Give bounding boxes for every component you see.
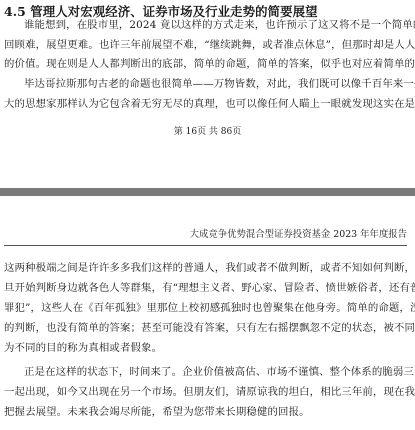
section-heading: 4.5 管理人对宏观经济、证券市场及行业走势的简要展望 (4, 2, 318, 20)
document-page-17: 大成竞争优势混合型证券投资基金 2023 年年度报告 这两种极端之间是许许多多我… (0, 196, 415, 430)
paragraph-line: 旦开始判断身边就各色人等群集，有“理想主义者、野心家、冒险者、愤世嫉俗者，还有普… (4, 282, 410, 295)
paragraph-line: 的判断，也没有简单的答案；甚至可能没有答案，只有左右摇摆飘忽不定的状态，被不同的… (4, 322, 410, 335)
paragraph-line: 毕达哥拉斯那句古老的命题也很简单——万物皆数，对此，我们既可以像千百年来一些最伟 (24, 78, 415, 91)
document-page-16: 4.5 管理人对宏观经济、证券市场及行业走势的简要展望 谁能想到，在股市里，20… (0, 0, 415, 188)
paragraph-line: 一起出现，如今又出现在另一个市场。但朋友们，请原谅我的坦白，相比三年前，现在我更… (4, 386, 410, 399)
paragraph-line: 正是在这样的状态下，时间来了。企业价值被高估、市场不谨慎、整个体系的脆弱三年前曾 (24, 366, 415, 379)
paragraph-line: 这两种极端之间是许许多多我们这样的普通人，我们或者不做判断，或者不知如何判断，或… (4, 262, 410, 275)
page-number-footer: 第 16页 共 86页 (0, 124, 415, 137)
header-rule (4, 245, 407, 246)
paragraph-line: 为不同的目的称为真相或者假象。 (4, 342, 410, 355)
paragraph-line: 的价值。现在则是人人都判断出的底部，简单的命题，简单的答案，似乎也对应着简单的判… (4, 58, 410, 71)
paragraph-line: 大的思想家那样认为它包含着无穷无尽的真理，也可以像任何人瞄上一眼就发现这实在是荒… (4, 98, 410, 111)
running-header: 大成竞争优势混合型证券投资基金 2023 年年度报告 (190, 226, 407, 240)
paragraph-line: 回顾难，展望更难。也许三年前展望不难，“继续跳舞，或者准点休息”，但那时却是人人… (4, 39, 410, 52)
paragraph-line: 罪犯”，这些人在《百年孤独》里那位上校初感孤独时也曾聚集在他身旁。简单的命题，没… (4, 302, 410, 315)
paragraph-line: 谁能想到，在股市里，2024 竟以这样的方式走来，也许预示了这又将不是一个简单的… (24, 19, 415, 32)
page-separator (0, 188, 415, 196)
paragraph-line: 把握去展望。未来我会竭尽所能，希望为您带来长期稳健的回报。 (4, 406, 410, 419)
